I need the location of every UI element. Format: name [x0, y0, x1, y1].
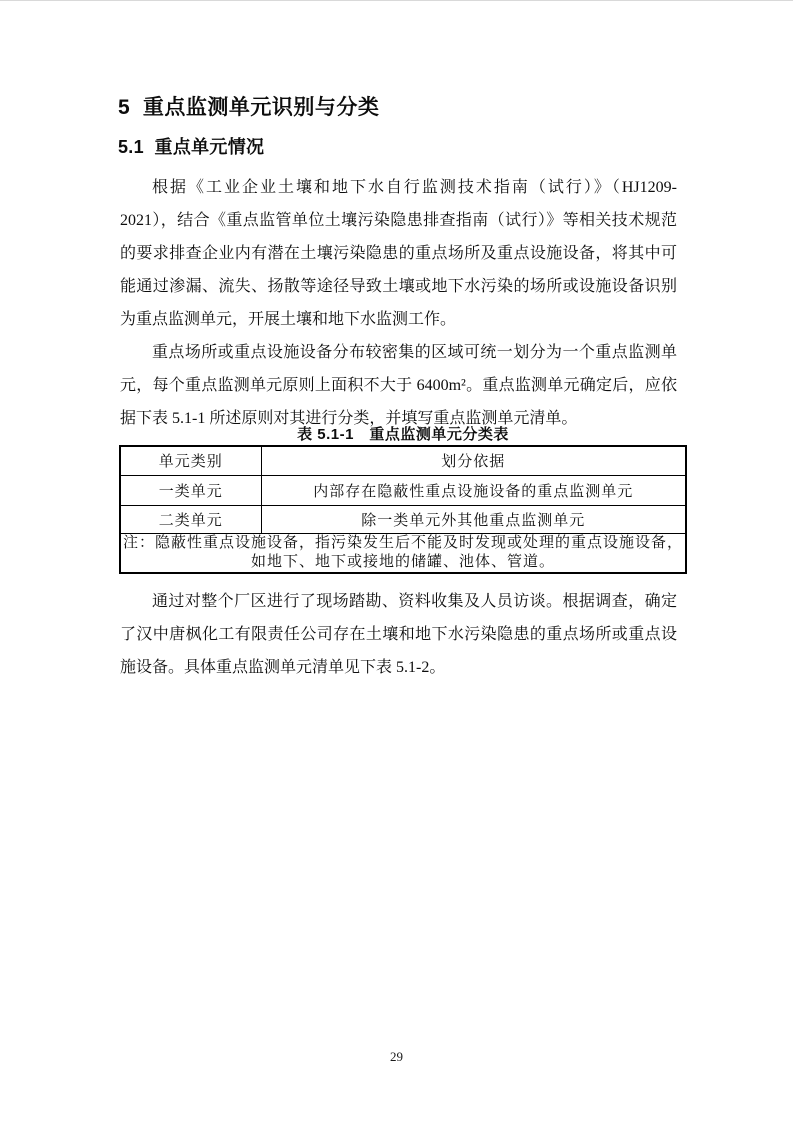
cell-class-one-label: 一类单元: [120, 475, 261, 505]
table-caption: 表 5.1-1 重点监测单元分类表: [119, 423, 687, 444]
table-header-division-basis: 划分依据: [261, 446, 686, 475]
cell-class-one-basis: 内部存在隐蔽性重点设施设备的重点监测单元: [261, 475, 686, 505]
paragraph-unit-division: 重点场所或重点设施设备分布较密集的区域可统一划分为一个重点监测单元，每个重点监测…: [120, 336, 677, 435]
cell-class-two-label: 二类单元: [120, 505, 261, 533]
table-note: 注：隐蔽性重点设施设备，指污染发生后不能及时发现或处理的重点设施设备，如地下、地…: [120, 533, 686, 573]
table-header-unit-category: 单元类别: [120, 446, 261, 475]
table-row-class-two: 二类单元 除一类单元外其他重点监测单元: [120, 505, 686, 533]
document-page: 5 重点监测单元识别与分类 5.1 重点单元情况 根据《工业企业土壤和地下水自行…: [0, 0, 793, 1122]
paragraph-guideline-basis: 根据《工业企业土壤和地下水自行监测技术指南（试行）》（HJ1209-2021），…: [120, 171, 677, 336]
table-header-row: 单元类别 划分依据: [120, 446, 686, 475]
paragraph-survey-result: 通过对整个厂区进行了现场踏勘、资料收集及人员访谈。根据调查，确定了汉中唐枫化工有…: [120, 585, 677, 684]
classification-table: 单元类别 划分依据 一类单元 内部存在隐蔽性重点设施设备的重点监测单元 二类单元…: [119, 445, 687, 574]
table-note-row: 注：隐蔽性重点设施设备，指污染发生后不能及时发现或处理的重点设施设备，如地下、地…: [120, 533, 686, 573]
table-row-class-one: 一类单元 内部存在隐蔽性重点设施设备的重点监测单元: [120, 475, 686, 505]
section-heading: 5 重点监测单元识别与分类: [118, 91, 678, 121]
page-number: 29: [0, 1049, 793, 1065]
subsection-heading: 5.1 重点单元情况: [118, 133, 678, 159]
cell-class-two-basis: 除一类单元外其他重点监测单元: [261, 505, 686, 533]
